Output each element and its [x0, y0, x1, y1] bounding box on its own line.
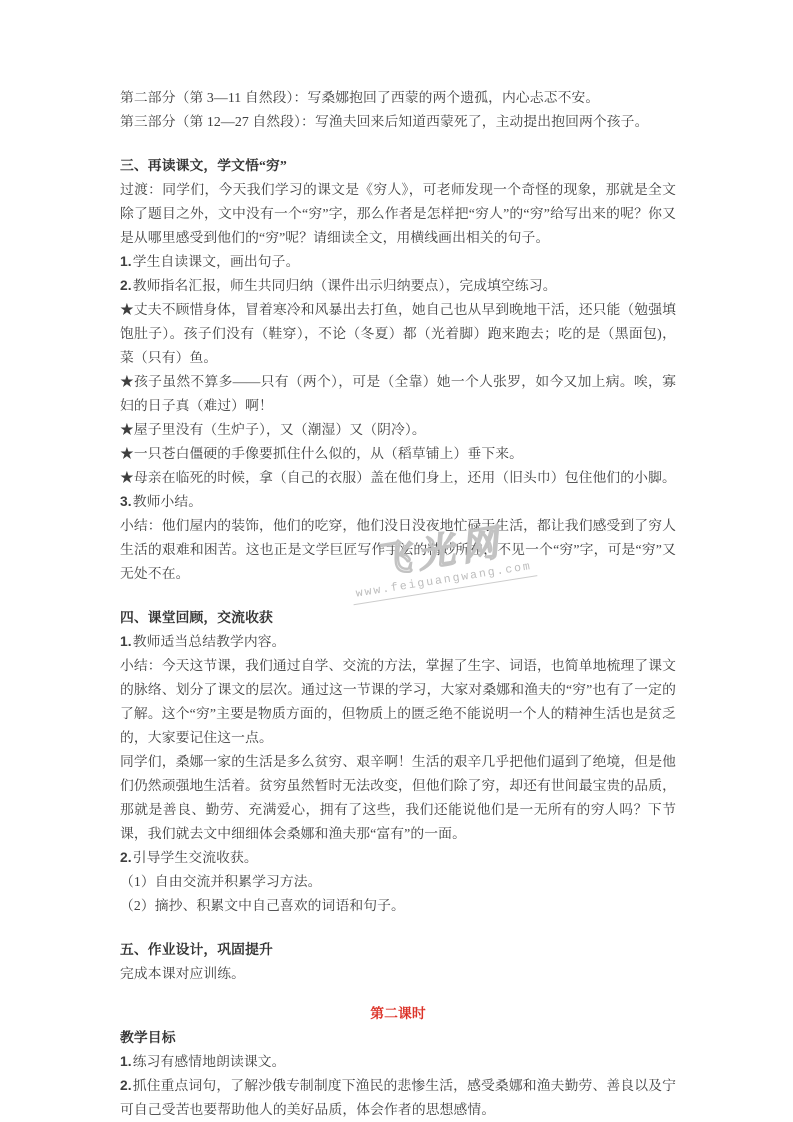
- paragraph: 3.教师小结。: [120, 490, 676, 514]
- paragraph: 1.学生自读课文，画出句子。: [120, 250, 676, 274]
- list-number: 3.: [120, 494, 133, 509]
- list-number: 2.: [120, 278, 133, 293]
- paragraph: 完成本课对应训练。: [120, 962, 676, 986]
- document-page: 飞光网 www.feiguangwang.com 第二部分（第 3—11 自然段…: [0, 0, 793, 1122]
- section-heading: 四、课堂回顾，交流收获: [120, 606, 676, 630]
- paragraph: 1.教师适当总结教学内容。: [120, 630, 676, 654]
- list-number: 1.: [120, 1054, 133, 1069]
- paragraph: ★丈夫不顾惜身体，冒着寒冷和风暴出去打鱼，她自己也从早到晚地干活，还只能（勉强填…: [120, 298, 676, 370]
- list-number: 2.: [120, 1078, 133, 1093]
- paragraph: （1）自由交流并积累学习方法。: [120, 870, 676, 894]
- document-content: 第二部分（第 3—11 自然段）：写桑娜抱回了西蒙的两个遗孤，内心忐忑不安。第三…: [120, 86, 676, 1122]
- paragraph: ★屋子里没有（生炉子），又（潮湿）又（阴冷）。: [120, 418, 676, 442]
- paragraph: 2.教师指名汇报，师生共同归纳（课件出示归纳要点），完成填空练习。: [120, 274, 676, 298]
- paragraph: 小结：他们屋内的装饰，他们的吃穿，他们没日没夜地忙碌于生活，都让我们感受到了穷人…: [120, 514, 676, 586]
- lesson-part-title: 第二课时: [120, 1002, 676, 1026]
- paragraph: 2.抓住重点词句，了解沙俄专制制度下渔民的悲惨生活，感受桑娜和渔夫勤劳、善良以及…: [120, 1074, 676, 1122]
- paragraph: ★母亲在临死的时候，拿（自己的衣服）盖在他们身上，还用（旧头巾）包住他们的小脚。: [120, 466, 676, 490]
- paragraph: ★一只苍白僵硬的手像要抓住什么似的，从（稻草铺上）垂下来。: [120, 442, 676, 466]
- section-heading: 三、再读课文，学文悟“穷”: [120, 154, 676, 178]
- paragraph: （2）摘抄、积累文中自己喜欢的词语和句子。: [120, 894, 676, 918]
- list-number: 1.: [120, 254, 133, 269]
- paragraph: 过渡：同学们，今天我们学习的课文是《穷人》，可老师发现一个奇怪的现象，那就是全文…: [120, 178, 676, 250]
- section-heading: 教学目标: [120, 1026, 676, 1050]
- paragraph: 2.引导学生交流收获。: [120, 846, 676, 870]
- list-number: 1.: [120, 634, 133, 649]
- paragraph: ★孩子虽然不算多——只有（两个），可是（全靠）她一个人张罗，如今又加上病。唉，寡…: [120, 370, 676, 418]
- paragraph: 1.练习有感情地朗读课文。: [120, 1050, 676, 1074]
- paragraph: 小结：今天这节课，我们通过自学、交流的方法，掌握了生字、词语，也简单地梳理了课文…: [120, 654, 676, 750]
- section-heading: 五、作业设计，巩固提升: [120, 938, 676, 962]
- paragraph: 第三部分（第 12—27 自然段）：写渔夫回来后知道西蒙死了，主动提出抱回两个孩…: [120, 110, 676, 134]
- paragraph: 第二部分（第 3—11 自然段）：写桑娜抱回了西蒙的两个遗孤，内心忐忑不安。: [120, 86, 676, 110]
- paragraph: 同学们，桑娜一家的生活是多么贫穷、艰辛啊！生活的艰辛几乎把他们逼到了绝境，但是他…: [120, 750, 676, 846]
- list-number: 2.: [120, 850, 133, 865]
